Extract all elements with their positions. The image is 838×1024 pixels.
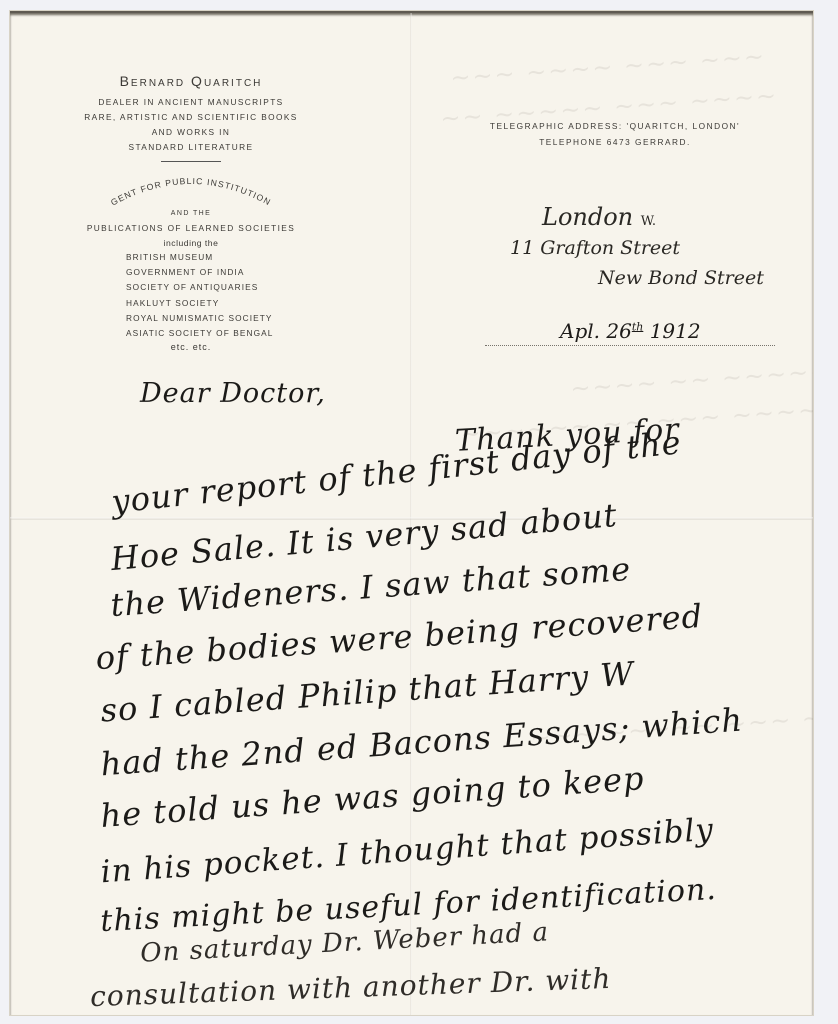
date-line: Apl. 26th 1912 — [485, 325, 775, 346]
society-item: British Museum — [126, 250, 316, 265]
telegraphic-address: Telegraphic Address: 'Quaritch, London' — [465, 118, 765, 134]
bleed-through-ink: ~~~~ ~~ ~~~~~ ~~~ — [569, 351, 813, 403]
society-item: Asiatic Society of Bengal — [126, 326, 316, 341]
letterhead-right: Telegraphic Address: 'Quaritch, London' … — [465, 118, 765, 150]
firm-name: Bernard Quaritch — [66, 73, 316, 89]
and-the: and the — [66, 206, 316, 221]
svg-text:AGENT FOR PUBLIC INSTITUTIONS: AGENT FOR PUBLIC INSTITUTIONS — [106, 172, 273, 206]
descriptor-line: Dealer in Ancient Manuscripts — [66, 95, 316, 110]
bleed-through-ink: ~~~ ~~~~ ~~~ ~~~ — [449, 42, 766, 92]
telephone: Telephone 6473 Gerrard. — [465, 134, 765, 150]
divider — [161, 161, 221, 162]
society-item: Society of Antiquaries — [126, 280, 316, 295]
letter-line: consultation with another Dr. with — [90, 962, 612, 1013]
society-item: Government of India — [126, 265, 316, 280]
publications-line: Publications of Learned Societies — [66, 221, 316, 236]
etc-line: etc. etc. — [66, 342, 316, 352]
address-street-1: 11 Grafton Street — [510, 237, 680, 259]
including-line: including the — [66, 236, 316, 250]
descriptor-line: Rare, Artistic and Scientific Books — [66, 110, 316, 125]
agent-arc-text: AGENT FOR PUBLIC INSTITUTIONS — [106, 172, 276, 206]
letter-page: ~~~ ~~~~ ~~~ ~~~ ~~ ~~~~~ ~~~ ~~~~ ~~~~ … — [10, 11, 813, 1015]
societies-list: British Museum Government of India Socie… — [66, 250, 316, 341]
salutation: Dear Doctor, — [140, 378, 326, 409]
address-city: London W. — [542, 203, 656, 231]
letterhead-left: Bernard Quaritch Dealer in Ancient Manus… — [66, 73, 316, 352]
descriptor-line: and Works in — [66, 125, 316, 140]
descriptor-line: Standard Literature — [66, 140, 316, 155]
address-street-2: New Bond Street — [598, 267, 764, 289]
letter-date: Apl. 26th 1912 — [560, 319, 701, 343]
society-item: Royal Numismatic Society — [126, 311, 316, 326]
society-item: Hakluyt Society — [126, 296, 316, 311]
